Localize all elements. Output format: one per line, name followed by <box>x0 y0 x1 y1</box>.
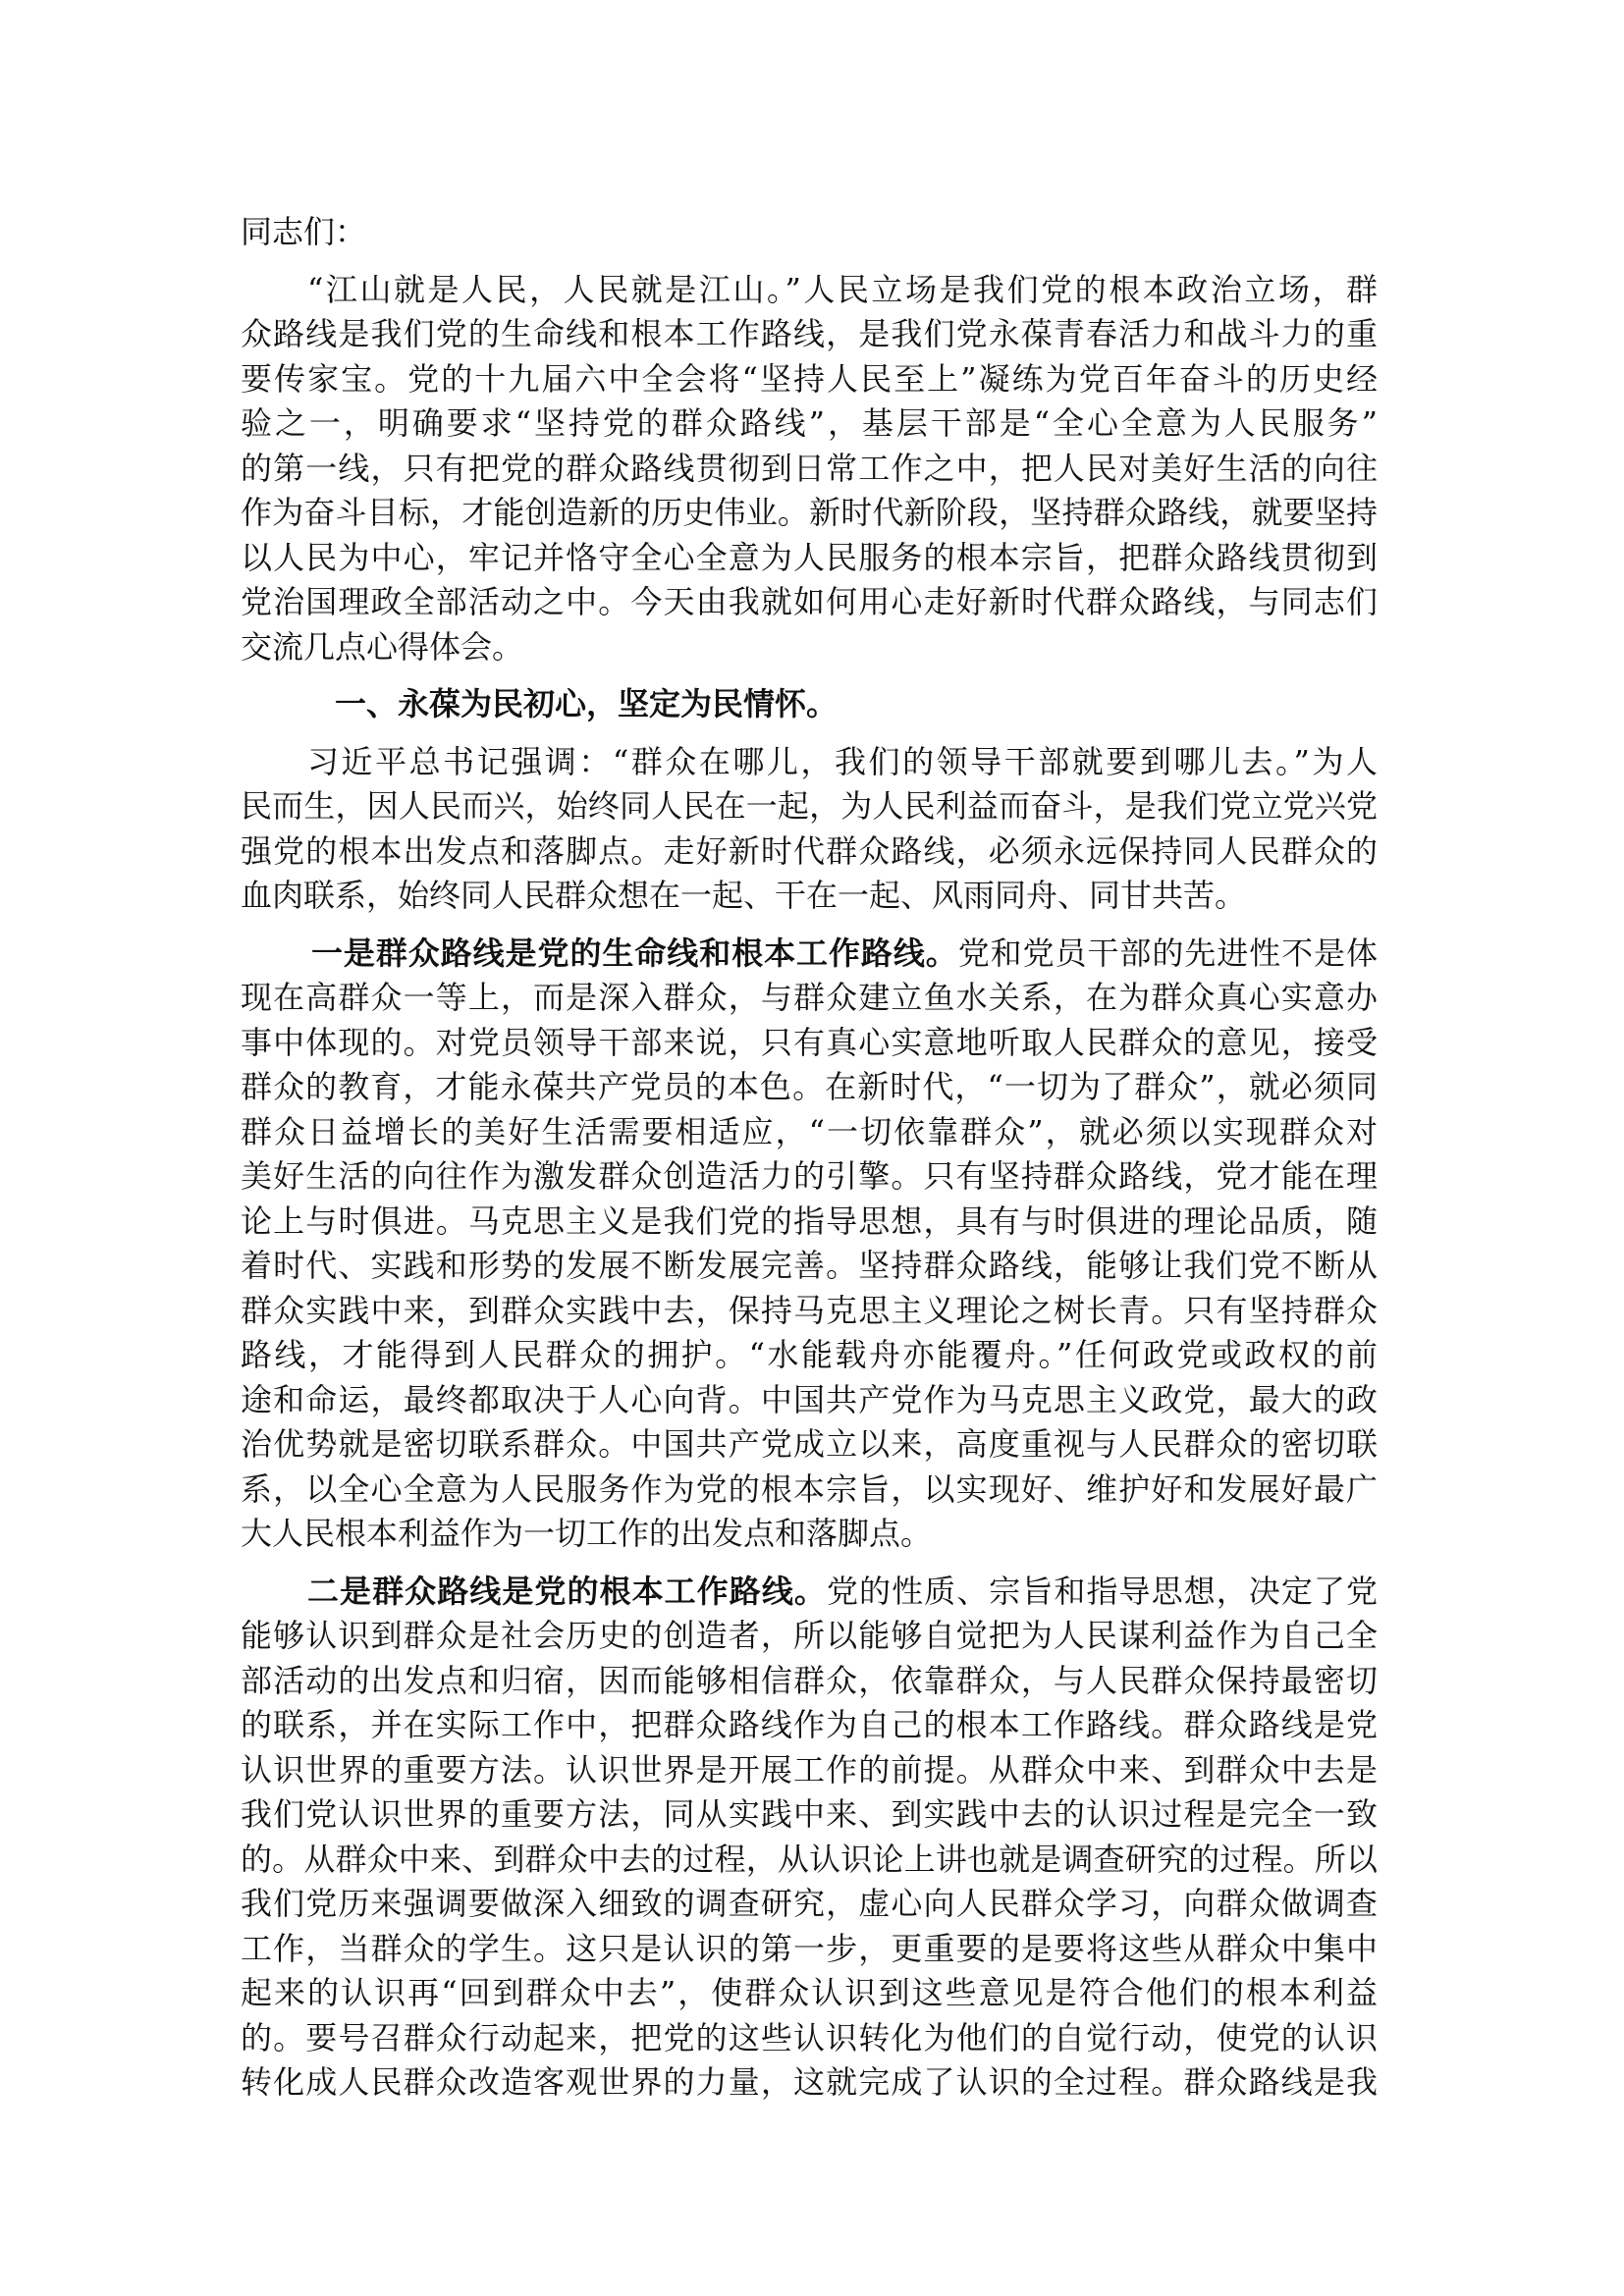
paragraph-line: 能够认识到群众是社会历史的创造者，所以能够自觉把为人民谋利益作为自己全 <box>241 1614 1378 1659</box>
section-heading: 一、永葆为民初心，坚定为民情怀。 <box>241 682 1378 727</box>
point-two-paragraph: 二是群众路线是党的根本工作路线。党的性质、宗旨和指导思想，决定了党 能够认识到群… <box>241 1570 1378 2106</box>
paragraph-line: 交流几点心得体会。 <box>241 625 1378 670</box>
section-intro-paragraph: 习近平总书记强调：“群众在哪儿，我们的领导干部就要到哪儿去。”为人 民而生，因人… <box>241 740 1378 919</box>
paragraph-line: 工作，当群众的学生。这只是认识的第一步，更重要的是要将这些从群众中集中 <box>241 1927 1378 1972</box>
paragraph-line: “江山就是人民，人民就是江山。”人民立场是我们党的根本政治立场，群 <box>241 268 1378 313</box>
paragraph-line: 事中体现的。对党员领导干部来说，只有真心实意地听取人民群众的意见，接受 <box>241 1021 1378 1066</box>
section-heading-text: 一、永葆为民初心，坚定为民情怀。 <box>241 682 1378 727</box>
salutation-text: 同志们： <box>241 210 1378 255</box>
paragraph-line: 血肉联系，始终同人民群众想在一起、干在一起、风雨同舟、同甘共苦。 <box>241 874 1378 919</box>
paragraph-line: 党治国理政全部活动之中。今天由我就如何用心走好新时代群众路线，与同志们 <box>241 580 1378 625</box>
paragraph-line: 起来的认识再“回到群众中去”，使群众认识到这些意见是符合他们的根本利益 <box>241 1971 1378 2016</box>
paragraph-line: 强党的根本出发点和落脚点。走好新时代群众路线，必须永远保持同人民群众的 <box>241 829 1378 875</box>
paragraph-gap <box>241 919 1378 932</box>
point-two-lead: 二是群众路线是党的根本工作路线。 <box>307 1573 827 1610</box>
paragraph-line: 的。要号召群众行动起来，把党的这些认识转化为他们的自觉行动，使党的认识 <box>241 2016 1378 2061</box>
paragraph-line: 转化成人民群众改造客观世界的力量，这就完成了认识的全过程。群众路线是我 <box>241 2060 1378 2106</box>
paragraph-line: 群众日益增长的美好生活需要相适应，“一切依靠群众”，就必须以实现群众对 <box>241 1110 1378 1155</box>
paragraph-line: 的联系，并在实际工作中，把群众路线作为自己的根本工作路线。群众路线是党 <box>241 1703 1378 1748</box>
paragraph-line: 论上与时俱进。马克思主义是我们党的指导思想，具有与时俱进的理论品质，随 <box>241 1200 1378 1245</box>
paragraph-line: 部活动的出发点和归宿，因而能够相信群众，依靠群众，与人民群众保持最密切 <box>241 1659 1378 1704</box>
paragraph-line: 治优势就是密切联系群众。中国共产党成立以来，高度重视与人民群众的密切联 <box>241 1422 1378 1468</box>
paragraph-gap <box>241 255 1378 268</box>
point-one-lead: 一是群众路线是党的生命线和根本工作路线。 <box>311 934 958 972</box>
paragraph-line: 作为奋斗目标，才能创造新的历史伟业。新时代新阶段，坚持群众路线，就要坚持 <box>241 491 1378 536</box>
paragraph-gap <box>241 727 1378 740</box>
paragraph-line: 的第一线，只有把党的群众路线贯彻到日常工作之中，把人民对美好生活的向往 <box>241 447 1378 492</box>
paragraph-line: 群众实践中来，到群众实践中去，保持马克思主义理论之树长青。只有坚持群众 <box>241 1289 1378 1334</box>
paragraph-line: 群众的教育，才能永葆共产党员的本色。在新时代，“一切为了群众”，就必须同 <box>241 1065 1378 1110</box>
paragraph-line: 验之一，明确要求“坚持党的群众路线”，基层干部是“全心全意为人民服务” <box>241 401 1378 447</box>
paragraph-line: 现在高群众一等上，而是深入群众，与群众建立鱼水关系，在为群众真心实意办 <box>241 976 1378 1021</box>
paragraph-line: 习近平总书记强调：“群众在哪儿，我们的领导干部就要到哪儿去。”为人 <box>241 740 1378 785</box>
paragraph-line: 我们党认识世界的重要方法，同从实践中来、到实践中去的认识过程是完全一致 <box>241 1792 1378 1838</box>
document-page: 同志们： “江山就是人民，人民就是江山。”人民立场是我们党的根本政治立场，群 众… <box>241 210 1378 2106</box>
point-one-lead-rest: 党和党员干部的先进性不是体 <box>958 934 1378 972</box>
paragraph-line: 我们党历来强调要做深入细致的调查研究，虚心向人民群众学习，向群众做调查 <box>241 1882 1378 1927</box>
paragraph-line: 路线，才能得到人民群众的拥护。“水能载舟亦能覆舟。”任何政党或政权的前 <box>241 1333 1378 1378</box>
paragraph-line: 认识世界的重要方法。认识世界是开展工作的前提。从群众中来、到群众中去是 <box>241 1748 1378 1793</box>
paragraph-line: 二是群众路线是党的根本工作路线。党的性质、宗旨和指导思想，决定了党 <box>241 1570 1378 1615</box>
paragraph-line: 美好生活的向往作为激发群众创造活力的引擎。只有坚持群众路线，党才能在理 <box>241 1154 1378 1200</box>
salutation: 同志们： <box>241 210 1378 255</box>
paragraph-gap <box>241 669 1378 682</box>
paragraph-line: 系，以全心全意为人民服务作为党的根本宗旨，以实现好、维护好和发展好最广 <box>241 1468 1378 1513</box>
paragraph-line: 众路线是我们党的生命线和根本工作路线，是我们党永葆青春活力和战斗力的重 <box>241 312 1378 357</box>
paragraph-line: 民而生，因人民而兴，始终同人民在一起，为人民利益而奋斗，是我们党立党兴党 <box>241 784 1378 829</box>
paragraph-line: 以人民为中心，牢记并恪守全心全意为人民服务的根本宗旨，把群众路线贯彻到 <box>241 536 1378 581</box>
point-two-lead-rest: 党的性质、宗旨和指导思想，决定了党 <box>827 1573 1378 1610</box>
paragraph-line: 的。从群众中来、到群众中去的过程，从认识论上讲也就是调查研究的过程。所以 <box>241 1838 1378 1883</box>
paragraph-line: 着时代、实践和形势的发展不断发展完善。坚持群众路线，能够让我们党不断从 <box>241 1244 1378 1289</box>
paragraph-line: 途和命运，最终都取决于人心向背。中国共产党作为马克思主义政党，最大的政 <box>241 1378 1378 1423</box>
paragraph-line: 大人民根本利益作为一切工作的出发点和落脚点。 <box>241 1512 1378 1557</box>
paragraph-line: 要传家宝。党的十九届六中全会将“坚持人民至上”凝练为党百年奋斗的历史经 <box>241 357 1378 402</box>
point-one-paragraph: 一是群众路线是党的生命线和根本工作路线。党和党员干部的先进性不是体 现在高群众一… <box>241 932 1378 1557</box>
paragraph-gap <box>241 1557 1378 1570</box>
intro-paragraph: “江山就是人民，人民就是江山。”人民立场是我们党的根本政治立场，群 众路线是我们… <box>241 268 1378 670</box>
paragraph-line: 一是群众路线是党的生命线和根本工作路线。党和党员干部的先进性不是体 <box>241 932 1378 977</box>
